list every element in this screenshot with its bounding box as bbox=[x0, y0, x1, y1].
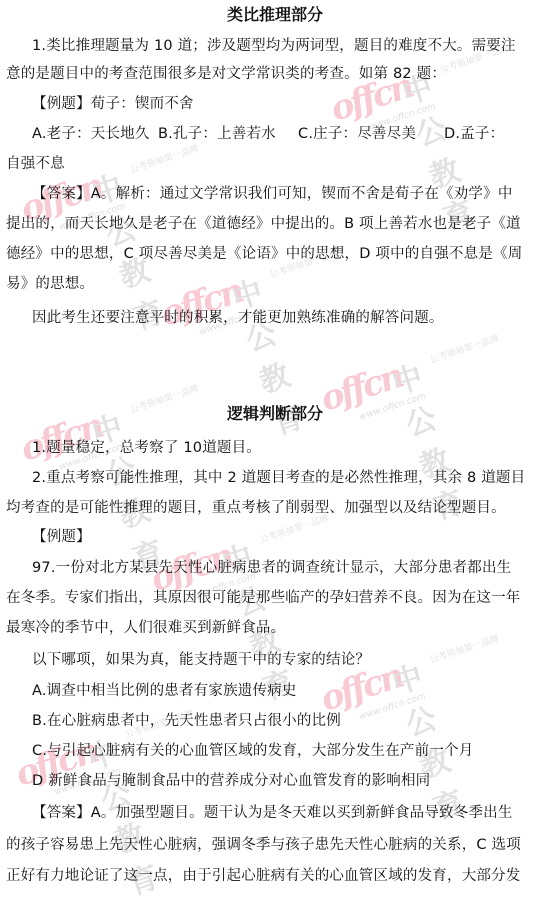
option-a: A.老子：天长地久 bbox=[32, 124, 158, 144]
option-c: C.庄子：尽善尽美 bbox=[298, 124, 444, 144]
answer-line: 【答案】A。解析：通过文学常识我们可知，锲而不舍是荀子在《劝学》中 bbox=[32, 184, 546, 204]
example-label: 【例题】 bbox=[32, 527, 546, 547]
answer-line: 正好有力地论证了这一点，由于引起心脏病有关的心血管区域的发育，大部分发 bbox=[6, 866, 546, 886]
conclusion-line: 因此考生还要注意平时的积累，才能更加熟练准确的解答问题。 bbox=[32, 308, 546, 328]
option-d: D.孟子： bbox=[444, 124, 504, 144]
options-row: A.老子：天长地久 B.孔子：上善若水 C.庄子：尽善尽美 D.孟子： bbox=[32, 124, 546, 144]
option-c: C.与引起心脏病有关的心血管区域的发育，大部分发生在产前一个月 bbox=[32, 741, 546, 761]
answer-line: 提出的，而天长地久是老子在《道德经》中提出的。B 项上善若水也是老子《道 bbox=[6, 214, 546, 234]
answer-line: 易》的思想。 bbox=[6, 274, 546, 294]
option-b: B.孔子：上善若水 bbox=[158, 124, 298, 144]
document-page: offcn 中公教育 公考领袖第一品牌 www.offcn.com offcn … bbox=[0, 0, 550, 901]
point-line: 1.题量稳定，总考察了 10道题目。 bbox=[32, 438, 546, 458]
paragraph-line: 1.类比推理题量为 10 道；涉及题型均为两词型，题目的难度不大。需要注 bbox=[32, 36, 546, 56]
point-line: 2.重点考察可能性推理，其中 2 道题目考查的是必然性推理，其余 8 道题目 bbox=[32, 468, 546, 488]
question-line: 最寒冷的季节中，人们很难买到新鲜食品。 bbox=[6, 618, 546, 638]
point-line: 均考查的是可能性推理的题目，重点考核了削弱型、加强型以及结论型题目。 bbox=[6, 498, 546, 518]
question-line: 97.一份对北方某县先天性心脏病患者的调查统计显示，大部分患者都出生 bbox=[32, 558, 546, 578]
answer-line: 的孩子容易患上先天性心脏病，强调冬季与孩子患先天性心脏病的关系，C 选项 bbox=[6, 835, 546, 855]
answer-line: 【答案】A。加强型题目。题干认为是冬天难以买到新鲜食品导致冬季出生 bbox=[32, 803, 546, 823]
section-title-logic: 逻辑判断部分 bbox=[0, 403, 550, 425]
option-d: D 新鲜食品与腌制食品中的营养成分对心血管发育的影响相同 bbox=[32, 771, 546, 791]
section-title-analogy: 类比推理部分 bbox=[0, 4, 550, 26]
example-label: 【例题】荀子：锲而不舍 bbox=[32, 94, 546, 114]
option-d-continuation: 自强不息 bbox=[6, 154, 546, 174]
paragraph-line: 意的是题目中的考查范围很多是对文学常识类的考查。如第 82 题： bbox=[6, 64, 546, 84]
question-prompt: 以下哪项，如果为真，能支持题干中的专家的结论？ bbox=[32, 650, 546, 670]
option-a: A.调查中相当比例的患者有家族遗传病史 bbox=[32, 681, 546, 701]
question-line: 在冬季。专家们指出，其原因很可能是那些临产的孕妇营养不良。因为在这一年 bbox=[6, 588, 546, 608]
option-b: B.在心脏病患者中，先天性患者只占很小的比例 bbox=[32, 711, 546, 731]
answer-line: 德经》中的思想，C 项尽善尽美是《论语》中的思想，D 项中的自强不息是《周 bbox=[6, 244, 546, 264]
